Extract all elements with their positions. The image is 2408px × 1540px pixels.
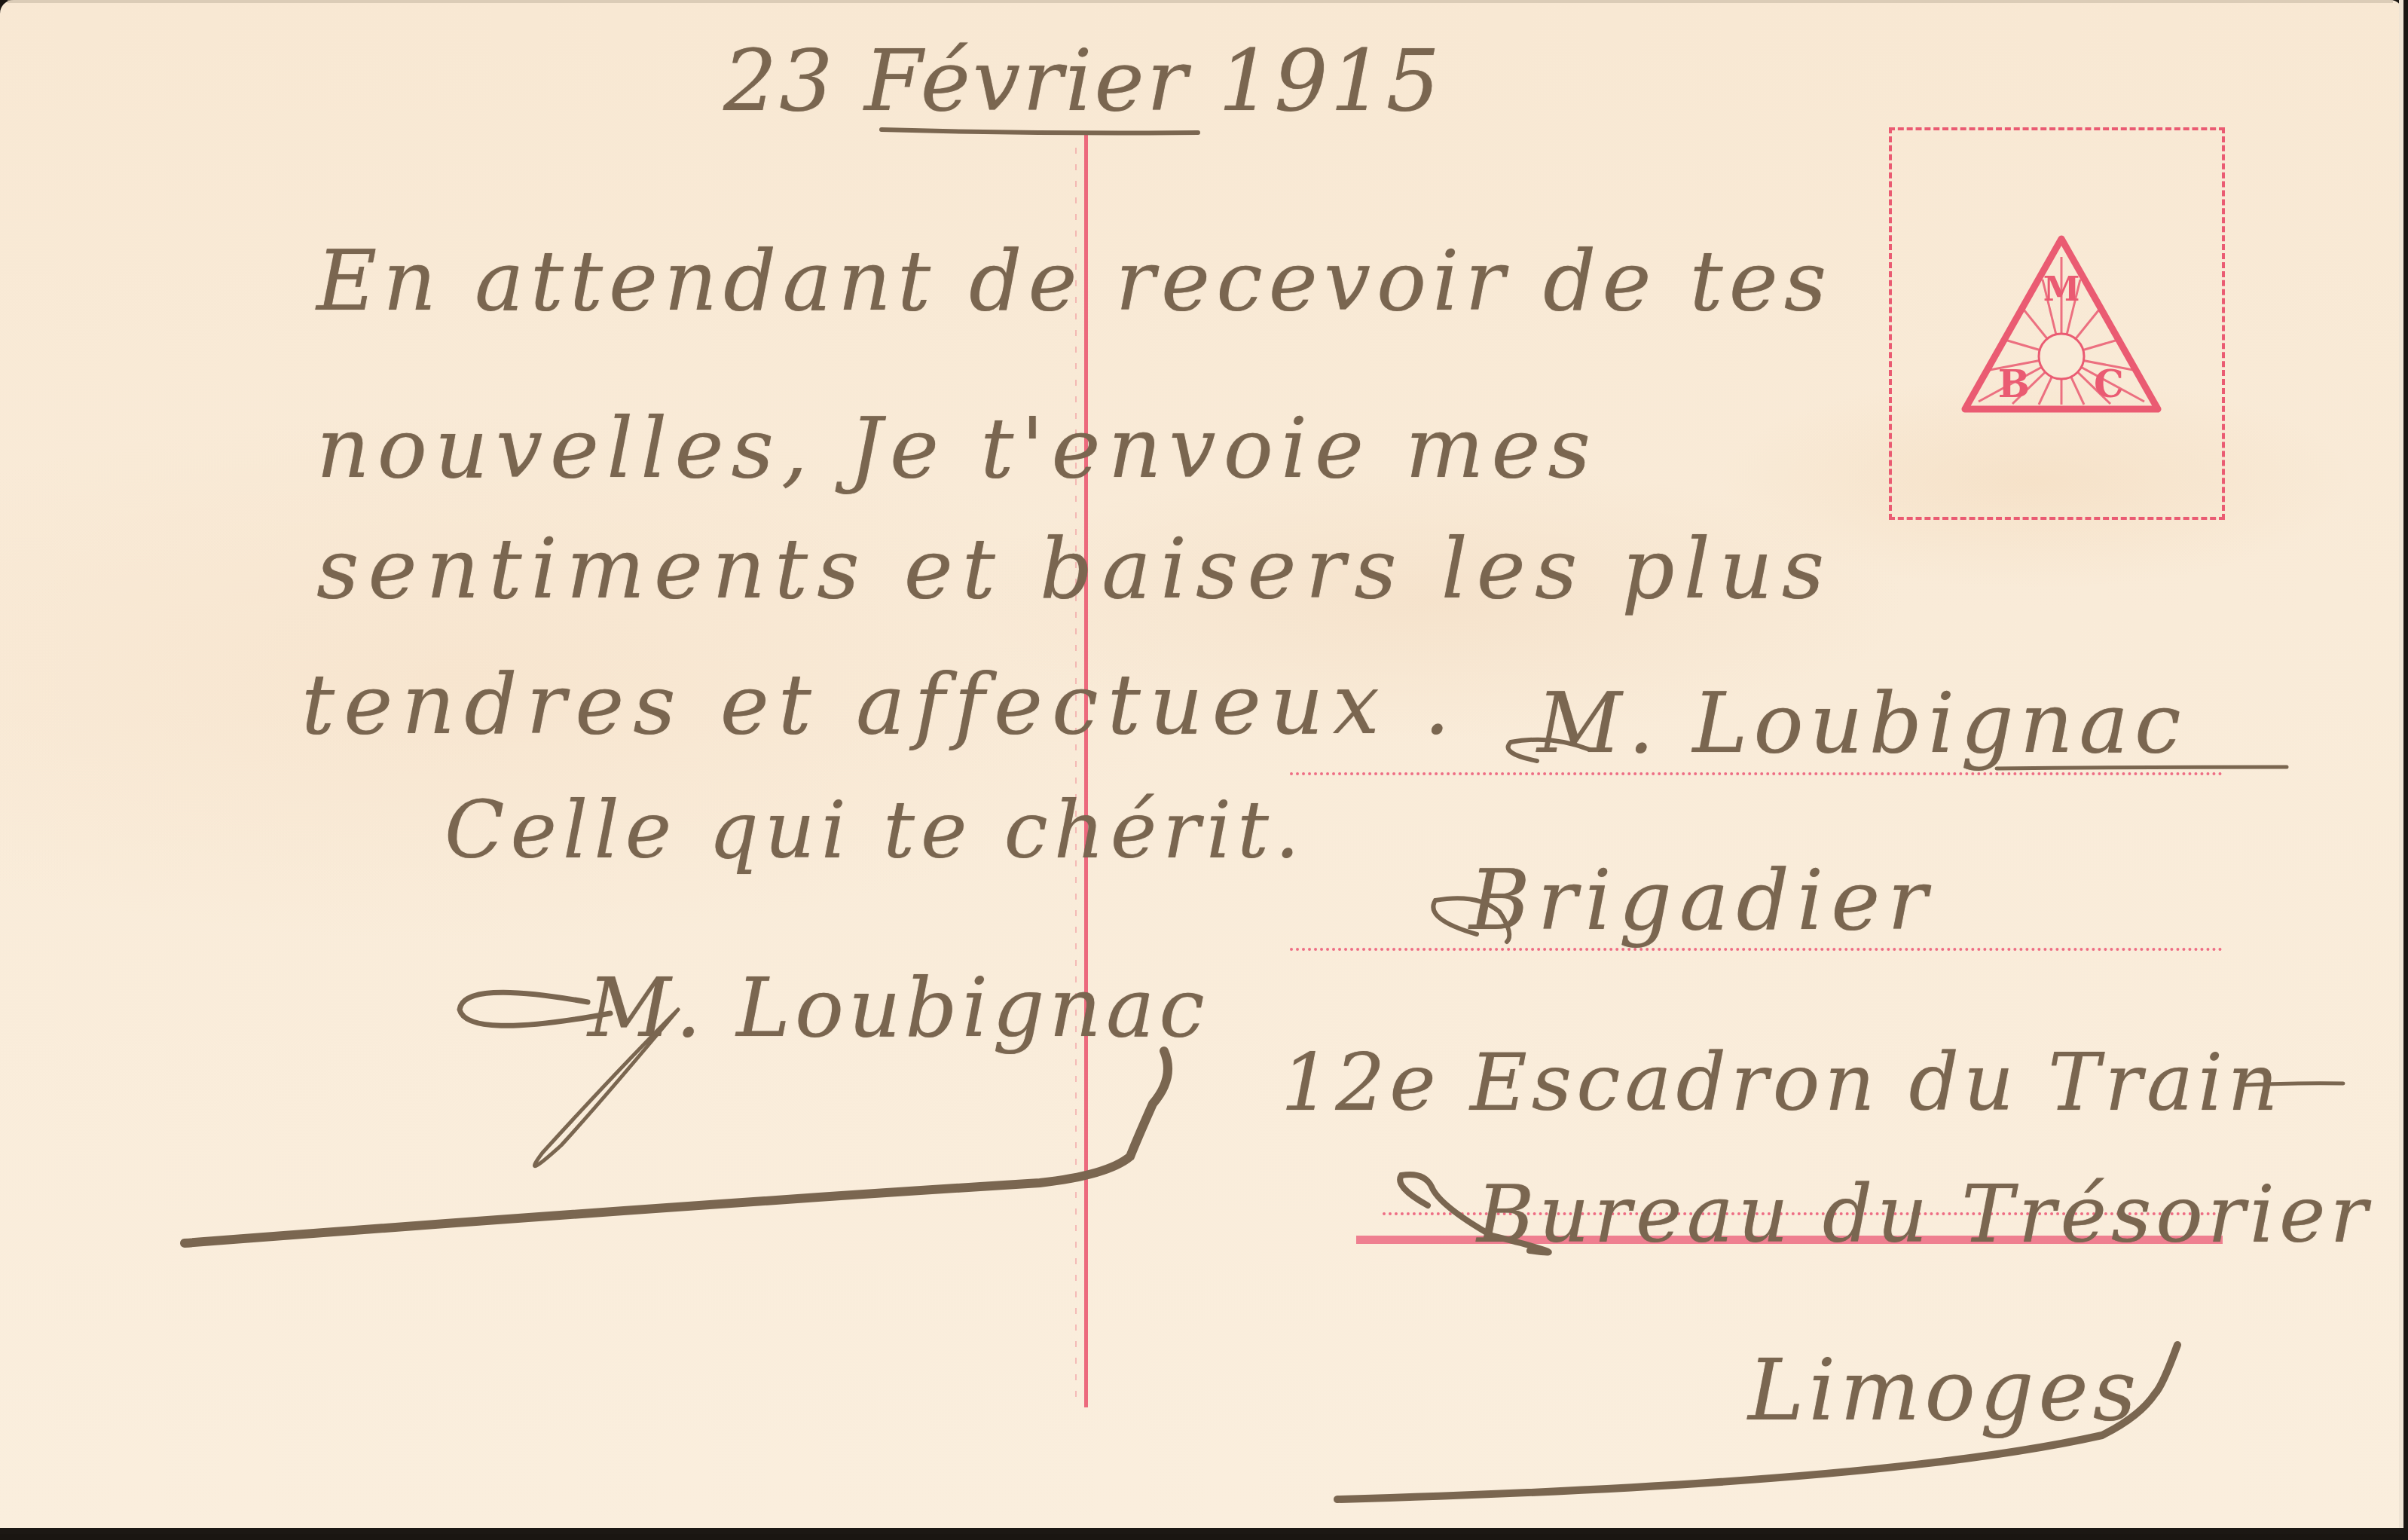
date: 23 Février 1915 — [723, 39, 1442, 124]
closing-line: Celle qui te chérit. — [445, 791, 1306, 869]
emblem-letter-c: C — [2094, 362, 2124, 406]
message-line-4: tendres et affectueux . — [301, 663, 1459, 746]
card-bottom-edge — [0, 1528, 2403, 1534]
emblem-letter-b: B — [1998, 362, 2030, 406]
card-top-edge — [8, 0, 2393, 3]
message-line-2: nouvelles, Je t'envoie mes — [316, 407, 1598, 490]
message-line-1: En attendant de recevoir de tes — [316, 240, 1832, 322]
stamp-box: M B C — [1889, 127, 2225, 520]
divider-ghost-line — [1075, 148, 1077, 1398]
address-rank: Brigadier — [1469, 859, 1935, 942]
address-city: Limoges — [1748, 1349, 2141, 1433]
triangle-sunburst-icon: M B C — [1960, 234, 2163, 415]
emblem-letter-m: M — [2043, 270, 2080, 309]
address-recipient: M. Loubignac — [1537, 682, 2187, 765]
address-guide-line-1 — [1290, 772, 2223, 775]
card-right-edge — [2399, 0, 2403, 1534]
postcard: M B C 23 Février 1915 En attendant de re… — [0, 0, 2403, 1534]
address-unit: 12e Escadron du Train — [1281, 1043, 2282, 1122]
address-office: Bureau du Trésorier — [1477, 1175, 2372, 1254]
message-line-3: sentiments et baisers les plus — [316, 527, 1833, 610]
signature: M. Loubignac — [588, 968, 1209, 1050]
